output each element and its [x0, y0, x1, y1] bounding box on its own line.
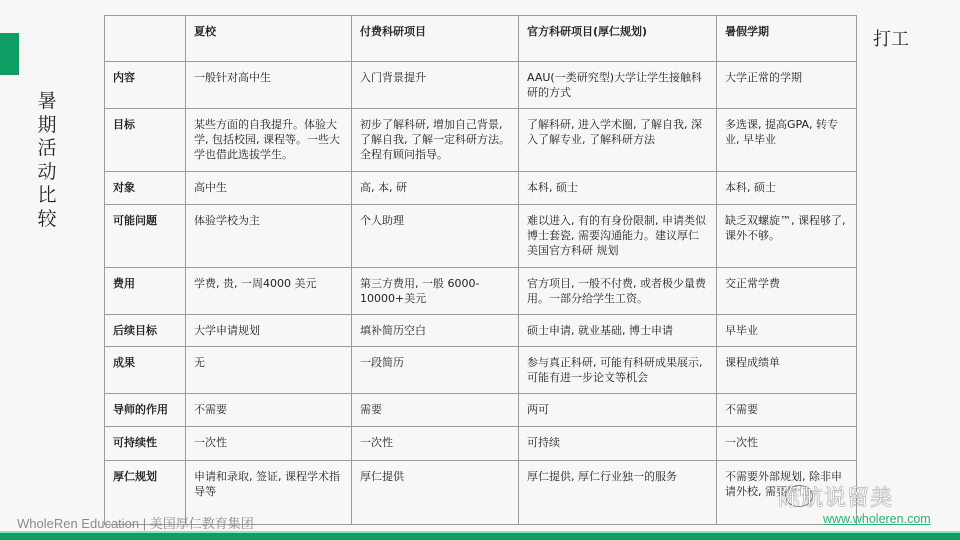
- table-cell: 一段简历: [352, 347, 519, 394]
- table-cell: 大学正常的学期: [717, 62, 857, 109]
- table-cell: 本科, 硕士: [717, 172, 857, 205]
- table-cell: 初步了解科研, 增加自己背景, 了解自我, 了解一定科研方法。全程有顾问指导。: [352, 109, 519, 172]
- table-cell: 两可: [519, 394, 717, 427]
- table-cell: 厚仁提供: [352, 461, 519, 525]
- table-header-row: 夏校 付费科研项目 官方科研项目(厚仁规划) 暑假学期: [105, 16, 857, 62]
- header-official-research: 官方科研项目(厚仁规划): [519, 16, 717, 62]
- watermark-text: 陈航说留美: [778, 481, 893, 512]
- table-row: 后续目标 大学申请规划 填补简历空白 硕士申请, 就业基础, 博士申请 早毕业: [105, 315, 857, 347]
- table-cell: 参与真正科研, 可能有科研成果展示, 可能有进一步论文等机会: [519, 347, 717, 394]
- table-row: 内容 一般针对高中生 入门背景提升 AAU(一类研究型)大学让学生接触科研的方式…: [105, 62, 857, 109]
- table-cell: 了解科研, 进入学术圈, 了解自我, 深入了解专业, 了解科研方法: [519, 109, 717, 172]
- header-summer-school: 夏校: [186, 16, 352, 62]
- table-row: 目标 某些方面的自我提升。体验大学, 包括校园, 课程等。一些大学也借此选拔学生…: [105, 109, 857, 172]
- row-label: 费用: [105, 268, 186, 315]
- table-cell: 课程成绩单: [717, 347, 857, 394]
- table-cell: 一次性: [717, 427, 857, 461]
- table-cell: 一般针对高中生: [186, 62, 352, 109]
- row-label: 内容: [105, 62, 186, 109]
- table-cell: 本科, 硕士: [519, 172, 717, 205]
- table-cell: 学费, 贵, 一周4000 美元: [186, 268, 352, 315]
- bottom-bar: [0, 533, 960, 540]
- table-cell: 不需要: [186, 394, 352, 427]
- table-cell: 个人助理: [352, 205, 519, 268]
- row-label: 对象: [105, 172, 186, 205]
- row-label: 导师的作用: [105, 394, 186, 427]
- website-link[interactable]: www.wholeren.com: [823, 512, 931, 526]
- footer-company-text: WholeRen Education | 美国厚仁教育集团: [17, 513, 254, 532]
- table-cell: 一次性: [352, 427, 519, 461]
- table-cell: 高, 本, 研: [352, 172, 519, 205]
- comparison-table: 夏校 付费科研项目 官方科研项目(厚仁规划) 暑假学期 内容 一般针对高中生 入…: [104, 15, 857, 525]
- table-cell: 一次性: [186, 427, 352, 461]
- table-cell: 难以进入, 有的有身份限制, 申请类似博士套瓷, 需要沟通能力。建议厚仁美国官方…: [519, 205, 717, 268]
- table-cell: 官方项目, 一般不付费, 或者极少量费用。一部分给学生工资。: [519, 268, 717, 315]
- table-cell: 缺乏双螺旋™, 课程够了, 课外不够。: [717, 205, 857, 268]
- extra-column-label: 打工: [873, 25, 909, 51]
- row-label: 后续目标: [105, 315, 186, 347]
- table-cell: 交正常学费: [717, 268, 857, 315]
- header-summer-semester: 暑假学期: [717, 16, 857, 62]
- table-cell: 体验学校为主: [186, 205, 352, 268]
- table-cell: 大学申请规划: [186, 315, 352, 347]
- slide-title: 暑期活动比较: [35, 90, 59, 231]
- table-row: 费用 学费, 贵, 一周4000 美元 第三方费用, 一般 6000-10000…: [105, 268, 857, 315]
- table-row: 对象 高中生 高, 本, 研 本科, 硕士 本科, 硕士: [105, 172, 857, 205]
- table-cell: 第三方费用, 一般 6000-10000+美元: [352, 268, 519, 315]
- table-row: 导师的作用 不需要 需要 两可 不需要: [105, 394, 857, 427]
- table-cell: 无: [186, 347, 352, 394]
- table-row: 可能问题 体验学校为主 个人助理 难以进入, 有的有身份限制, 申请类似博士套瓷…: [105, 205, 857, 268]
- table-row: 可持续性 一次性 一次性 可持续 一次性: [105, 427, 857, 461]
- table-cell: 需要: [352, 394, 519, 427]
- table-cell: AAU(一类研究型)大学让学生接触科研的方式: [519, 62, 717, 109]
- table-cell: 硕士申请, 就业基础, 博士申请: [519, 315, 717, 347]
- table-cell: 不需要: [717, 394, 857, 427]
- table-cell: 填补简历空白: [352, 315, 519, 347]
- table-cell: 早毕业: [717, 315, 857, 347]
- header-cell-empty: [105, 16, 186, 62]
- table-cell: 某些方面的自我提升。体验大学, 包括校园, 课程等。一些大学也借此选拔学生。: [186, 109, 352, 172]
- table-cell: 入门背景提升: [352, 62, 519, 109]
- table-cell: 可持续: [519, 427, 717, 461]
- row-label: 目标: [105, 109, 186, 172]
- table-cell: 高中生: [186, 172, 352, 205]
- table-cell: 多选课, 提高GPA, 转专业, 早毕业: [717, 109, 857, 172]
- header-paid-research: 付费科研项目: [352, 16, 519, 62]
- table-row: 成果 无 一段简历 参与真正科研, 可能有科研成果展示, 可能有进一步论文等机会…: [105, 347, 857, 394]
- row-label: 可能问题: [105, 205, 186, 268]
- table-cell: 厚仁提供, 厚仁行业独一的服务: [519, 461, 717, 525]
- accent-bar: [0, 33, 19, 75]
- row-label: 成果: [105, 347, 186, 394]
- row-label: 可持续性: [105, 427, 186, 461]
